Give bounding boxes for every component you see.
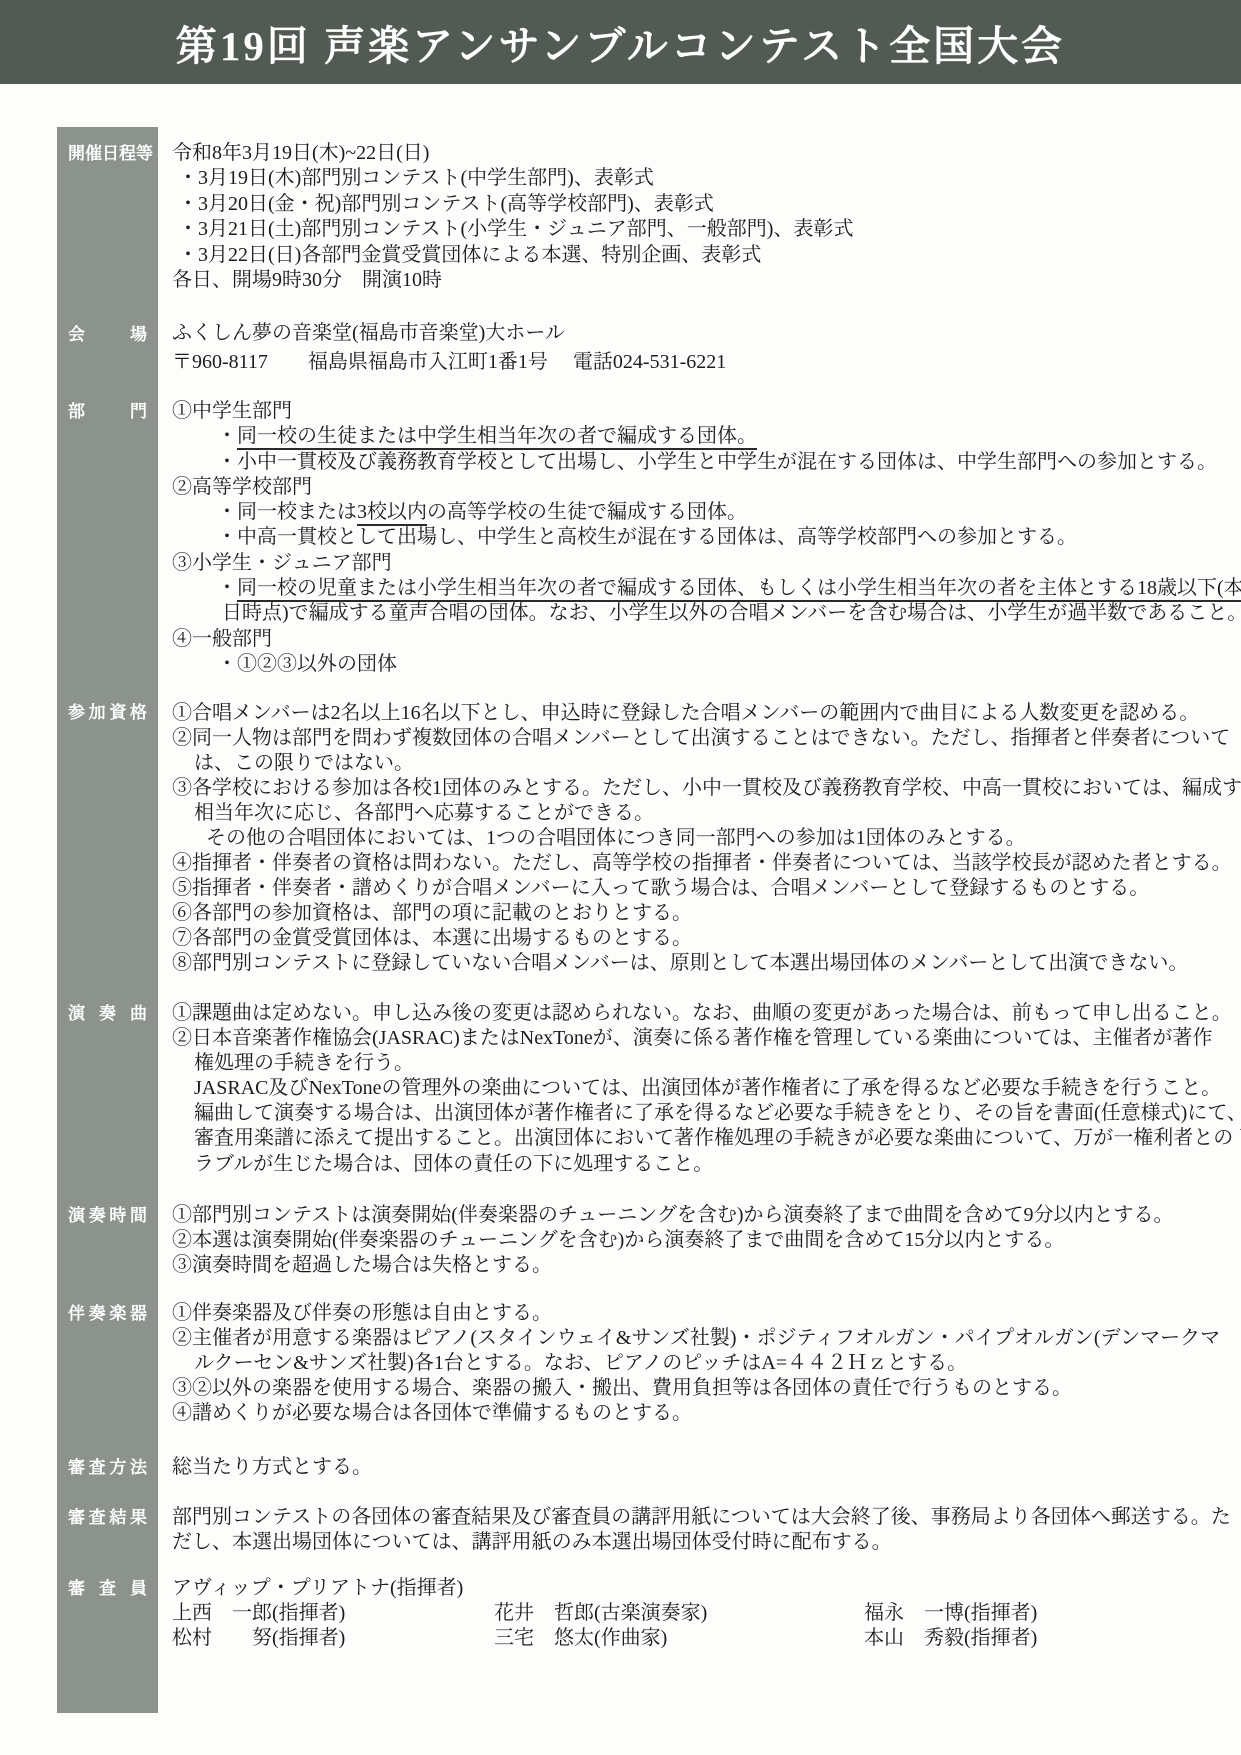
- text-line: ・同一校の児童または小学生相当年次の者で編成する団体、もしくは小学生相当年次の者…: [217, 576, 1241, 601]
- text-segment: ・同一校または: [217, 501, 357, 523]
- text-segment: ⑧部門別コンテストに登録していない合唱メンバーは、原則として本選出場団体のメンバ…: [172, 952, 1188, 974]
- text-line: その他の合唱団体においては、1つの合唱団体につき同一部門への参加は1団体のみとす…: [206, 826, 1241, 851]
- section-content-accompaniment: ①伴奏楽器及び伴奏の形態は自由とする。②主催者が用意する楽器はピアノ(スタインウ…: [172, 1301, 1220, 1426]
- text-line: ①合唱メンバーは2名以上16名以下とし、申込時に登録した合唱メンバーの範囲内で曲…: [172, 701, 1241, 726]
- text-line: 審査用楽譜に添えて提出すること。出演団体において著作権処理の手続きが必要な楽曲に…: [194, 1126, 1241, 1151]
- text-line: だし、本選出場団体については、講評用紙のみ本選出場団体受付時に配布する。: [172, 1530, 1231, 1555]
- judge-name: 上西 一郎(指揮者): [172, 1601, 494, 1626]
- text-line: ②日本音楽著作権協会(JASRAC)またはNexToneが、演奏に係る著作権を管…: [172, 1026, 1241, 1051]
- text-line: 権処理の手続きを行う。: [194, 1051, 1241, 1076]
- section-content-results: 部門別コンテストの各団体の審査結果及び審査員の講評用紙については大会終了後、事務…: [172, 1505, 1231, 1555]
- text-segment: ②高等学校部門: [172, 476, 312, 498]
- section-label-judges: 審査員: [57, 1576, 158, 1601]
- text-line: ・同一校の生徒または中学生相当年次の者で編成する団体。: [217, 424, 1241, 449]
- section-label-duration: 演奏時間: [57, 1203, 158, 1228]
- text-segment: ②本選は演奏開始(伴奏楽器のチューニングを含む)から演奏終了まで曲間を含めて15…: [172, 1229, 1064, 1251]
- text-line: ①部門別コンテストは演奏開始(伴奏楽器のチューニングを含む)から演奏終了まで曲間…: [172, 1203, 1174, 1228]
- text-line: 〒960-8117 福島県福島市入江町1番1号 電話024-531-6221: [172, 348, 726, 377]
- text-line: 令和8年3月19日(木)~22日(日): [172, 141, 853, 166]
- section-content-judging-method: 総当たり方式とする。: [172, 1455, 372, 1480]
- text-line: ラブルが生じた場合は、団体の責任の下に処理すること。: [194, 1152, 1241, 1177]
- text-line: 上西 一郎(指揮者)花井 哲郎(古楽演奏家)福永 一博(指揮者): [172, 1601, 1037, 1626]
- text-segment: ・3月20日(金・祝)部門別コンテスト(高等学校部門)、表彰式: [178, 193, 714, 215]
- text-segment: の高等学校の生徒で編成する団体。: [427, 501, 747, 523]
- text-line: ④指揮者・伴奏者の資格は問わない。ただし、高等学校の指揮者・伴奏者については、当…: [172, 851, 1241, 876]
- section-label-eligibility: 参加資格: [57, 700, 158, 725]
- text-segment: ①部門別コンテストは演奏開始(伴奏楽器のチューニングを含む)から演奏終了まで曲間…: [172, 1204, 1174, 1226]
- text-line: 各日、開場9時30分 開演10時: [172, 268, 853, 293]
- text-line: ③②以外の楽器を使用する場合、楽器の搬入・搬出、費用負担等は各団体の責任で行うも…: [172, 1376, 1220, 1401]
- section-label-venue: 会場: [57, 322, 158, 347]
- text-line: 部門別コンテストの各団体の審査結果及び審査員の講評用紙については大会終了後、事務…: [172, 1505, 1231, 1530]
- text-segment: ②日本音楽著作権協会(JASRAC)またはNexToneが、演奏に係る著作権を管…: [172, 1027, 1212, 1049]
- text-segment: その他の合唱団体においては、1つの合唱団体につき同一部門への参加は1団体のみとす…: [206, 827, 1026, 849]
- text-segment: ふくしん夢の音楽堂(福島市音楽堂)大ホール: [172, 322, 565, 344]
- text-line: ・同一校または3校以内の高等学校の生徒で編成する団体。: [217, 500, 1241, 525]
- text-segment: ③各学校における参加は各校1団体のみとする。ただし、小中一貫校及び義務教育学校、…: [172, 777, 1241, 799]
- text-segment: ・3月21日(土)部門別コンテスト(小学生・ジュニア部門、一般部門)、表彰式: [178, 218, 853, 240]
- section-content-divisions: ①中学生部門・同一校の生徒または中学生相当年次の者で編成する団体。・小中一貫校及…: [172, 399, 1241, 677]
- text-line: ③小学生・ジュニア部門: [172, 551, 1241, 576]
- text-segment: ⑤指揮者・伴奏者・譜めくりが合唱メンバーに入って歌う場合は、合唱メンバーとして登…: [172, 877, 1149, 899]
- text-segment: ⑦各部門の金賞受賞団体は、本選に出場するものとする。: [172, 927, 692, 949]
- text-segment: ・①②③以外の団体: [217, 653, 397, 675]
- text-line: ・3月21日(土)部門別コンテスト(小学生・ジュニア部門、一般部門)、表彰式: [178, 217, 853, 242]
- text-segment: 部門別コンテストの各団体の審査結果及び審査員の講評用紙については大会終了後、事務…: [172, 1506, 1231, 1528]
- text-segment: 権処理の手続きを行う。: [194, 1052, 414, 1074]
- judge-name: 本山 秀毅(指揮者): [864, 1626, 1037, 1651]
- text-line: ・3月19日(木)部門別コンテスト(中学生部門)、表彰式: [178, 166, 853, 191]
- text-line: 松村 努(指揮者)三宅 悠太(作曲家)本山 秀毅(指揮者): [172, 1626, 1037, 1651]
- text-segment: ・3月22日(日)各部門金賞受賞団体による本選、特別企画、表彰式: [178, 244, 761, 266]
- text-segment: ・: [217, 425, 237, 447]
- judge-name: 松村 努(指揮者): [172, 1626, 494, 1651]
- text-segment: は、この限りではない。: [194, 752, 414, 774]
- text-segment: アヴィップ・プリアトナ(指揮者): [172, 1577, 463, 1599]
- text-segment: 総当たり方式とする。: [172, 1456, 372, 1478]
- section-content-repertoire: ①課題曲は定めない。申し込み後の変更は認められない。なお、曲順の変更があった場合…: [172, 1001, 1241, 1177]
- judge-name: 福永 一博(指揮者): [864, 1601, 1037, 1626]
- document-page: { "page": { "title": "第19回 声楽アンサンブルコンテスト…: [0, 0, 1241, 1755]
- section-content-schedule: 令和8年3月19日(木)~22日(日)・3月19日(木)部門別コンテスト(中学生…: [172, 141, 853, 293]
- text-line: ④譜めくりが必要な場合は各団体で準備するものとする。: [172, 1401, 1220, 1426]
- section-content-judges: アヴィップ・プリアトナ(指揮者)上西 一郎(指揮者)花井 哲郎(古楽演奏家)福永…: [172, 1576, 1037, 1652]
- text-segment: だし、本選出場団体については、講評用紙のみ本選出場団体受付時に配布する。: [172, 1531, 892, 1553]
- text-line: ⑤指揮者・伴奏者・譜めくりが合唱メンバーに入って歌う場合は、合唱メンバーとして登…: [172, 876, 1241, 901]
- section-label-accompaniment: 伴奏楽器: [57, 1301, 158, 1326]
- text-line: ⑧部門別コンテストに登録していない合唱メンバーは、原則として本選出場団体のメンバ…: [172, 951, 1241, 976]
- section-label-judging-method: 審査方法: [57, 1455, 158, 1480]
- text-segment: ・3月19日(木)部門別コンテスト(中学生部門)、表彰式: [178, 167, 654, 189]
- text-line: ②主催者が用意する楽器はピアノ(スタインウェイ&サンズ社製)・ポジティフオルガン…: [172, 1326, 1220, 1351]
- judge-name: 三宅 悠太(作曲家): [494, 1626, 864, 1651]
- text-segment: ・小中一貫校及び義務教育学校として出場し、小学生と中学生が混在する団体は、中学生…: [217, 451, 1217, 473]
- text-segment: 審査用楽譜に添えて提出すること。出演団体において著作権処理の手続きが必要な楽曲に…: [194, 1127, 1241, 1149]
- underlined-text: 同一校の生徒または中学生相当年次の者で編成する団体。: [237, 425, 757, 450]
- text-segment: JASRAC及びNexToneの管理外の楽曲については、出演団体が著作権者に了承…: [194, 1077, 1221, 1099]
- text-line: ⑥各部門の参加資格は、部門の項に記載のとおりとする。: [172, 901, 1241, 926]
- text-line: ③演奏時間を超過した場合は失格とする。: [172, 1253, 1174, 1278]
- text-line: JASRAC及びNexToneの管理外の楽曲については、出演団体が著作権者に了承…: [194, 1076, 1241, 1101]
- text-segment: ④指揮者・伴奏者の資格は問わない。ただし、高等学校の指揮者・伴奏者については、当…: [172, 852, 1232, 874]
- text-line: は、この限りではない。: [194, 751, 1241, 776]
- judge-name: 花井 哲郎(古楽演奏家): [494, 1601, 864, 1626]
- text-segment: 各日、開場9時30分 開演10時: [172, 269, 442, 291]
- text-segment: ・: [217, 577, 237, 599]
- text-segment: ①中学生部門: [172, 400, 292, 422]
- text-line: 総当たり方式とする。: [172, 1455, 372, 1480]
- text-line: ・中高一貫校として出場し、中学生と高校生が混在する団体は、高等学校部門への参加と…: [217, 525, 1241, 550]
- section-content-eligibility: ①合唱メンバーは2名以上16名以下とし、申込時に登録した合唱メンバーの範囲内で曲…: [172, 701, 1241, 976]
- text-line: ・3月22日(日)各部門金賞受賞団体による本選、特別企画、表彰式: [178, 243, 853, 268]
- text-segment: ③②以外の楽器を使用する場合、楽器の搬入・搬出、費用負担等は各団体の責任で行うも…: [172, 1377, 1072, 1399]
- page-title: 第19回 声楽アンサンブルコンテスト全国大会: [176, 13, 1065, 72]
- text-line: 日時点)で編成する童声合唱の団体。なお、小学生以外の合唱メンバーを含む場合は、小…: [222, 601, 1241, 626]
- text-segment: ③演奏時間を超過した場合は失格とする。: [172, 1254, 552, 1276]
- text-line: ②同一人物は部門を問わず複数団体の合唱メンバーとして出演することはできない。ただ…: [172, 726, 1241, 751]
- text-segment: ルクーセン&サンズ社製)各1台とする。なお、ピアノのピッチはA=４４２Ｈｚとする…: [194, 1352, 967, 1374]
- text-segment: ②同一人物は部門を問わず複数団体の合唱メンバーとして出演することはできない。ただ…: [172, 727, 1230, 749]
- text-segment: 相当年次に応じ、各部門へ応募することができる。: [194, 802, 654, 824]
- text-line: ・①②③以外の団体: [217, 652, 1241, 677]
- text-segment: ラブルが生じた場合は、団体の責任の下に処理すること。: [194, 1153, 713, 1175]
- text-line: アヴィップ・プリアトナ(指揮者): [172, 1576, 1037, 1601]
- section-label-schedule: 開催日程等: [57, 141, 158, 166]
- title-banner: 第19回 声楽アンサンブルコンテスト全国大会: [0, 0, 1241, 84]
- text-segment: 〒960-8117 福島県福島市入江町1番1号 電話024-531-6221: [172, 351, 726, 373]
- text-line: ③各学校における参加は各校1団体のみとする。ただし、小中一貫校及び義務教育学校、…: [172, 776, 1241, 801]
- text-line: ①伴奏楽器及び伴奏の形態は自由とする。: [172, 1301, 1220, 1326]
- text-segment: ⑥各部門の参加資格は、部門の項に記載のとおりとする。: [172, 902, 692, 924]
- text-line: ・3月20日(金・祝)部門別コンテスト(高等学校部門)、表彰式: [178, 192, 853, 217]
- text-line: ①課題曲は定めない。申し込み後の変更は認められない。なお、曲順の変更があった場合…: [172, 1001, 1241, 1026]
- text-segment: ①課題曲は定めない。申し込み後の変更は認められない。なお、曲順の変更があった場合…: [172, 1002, 1232, 1024]
- text-line: 相当年次に応じ、各部門へ応募することができる。: [194, 801, 1241, 826]
- section-label-repertoire: 演奏曲: [57, 1001, 158, 1026]
- text-line: ルクーセン&サンズ社製)各1台とする。なお、ピアノのピッチはA=４４２Ｈｚとする…: [194, 1351, 1220, 1376]
- text-segment: ④一般部門: [172, 628, 272, 650]
- text-line: ②高等学校部門: [172, 475, 1241, 500]
- text-segment: ・中高一貫校として出場し、中学生と高校生が混在する団体は、高等学校部門への参加と…: [217, 526, 1077, 548]
- text-segment: 編曲して演奏する場合は、出演団体が著作権者に了承を得るなど必要な手続きをとり、そ…: [194, 1102, 1241, 1124]
- text-segment: ①合唱メンバーは2名以上16名以下とし、申込時に登録した合唱メンバーの範囲内で曲…: [172, 702, 1199, 724]
- text-line: ⑦各部門の金賞受賞団体は、本選に出場するものとする。: [172, 926, 1241, 951]
- section-content-venue: ふくしん夢の音楽堂(福島市音楽堂)大ホール〒960-8117 福島県福島市入江町…: [172, 319, 726, 377]
- text-line: 編曲して演奏する場合は、出演団体が著作権者に了承を得るなど必要な手続きをとり、そ…: [194, 1101, 1241, 1126]
- text-line: ②本選は演奏開始(伴奏楽器のチューニングを含む)から演奏終了まで曲間を含めて15…: [172, 1228, 1174, 1253]
- text-segment: ③小学生・ジュニア部門: [172, 552, 392, 574]
- underlined-text: 3校以内: [357, 501, 427, 526]
- section-content-duration: ①部門別コンテストは演奏開始(伴奏楽器のチューニングを含む)から演奏終了まで曲間…: [172, 1203, 1174, 1278]
- text-line: ・小中一貫校及び義務教育学校として出場し、小学生と中学生が混在する団体は、中学生…: [217, 450, 1241, 475]
- text-segment: 令和8年3月19日(木)~22日(日): [172, 142, 429, 164]
- text-segment: ④譜めくりが必要な場合は各団体で準備するものとする。: [172, 1402, 692, 1424]
- section-label-divisions: 部門: [57, 399, 158, 424]
- text-line: ④一般部門: [172, 627, 1241, 652]
- section-label-results: 審査結果: [57, 1505, 158, 1530]
- underlined-text: 同一校の児童または小学生相当年次の者で編成する団体、もしくは小学生相当年次の者を…: [237, 577, 1241, 602]
- text-segment: ①伴奏楽器及び伴奏の形態は自由とする。: [172, 1302, 552, 1324]
- text-segment: 日時点)で編成する童声合唱の団体。なお、小学生以外の合唱メンバーを含む場合は、小…: [222, 602, 1241, 624]
- text-line: ふくしん夢の音楽堂(福島市音楽堂)大ホール: [172, 319, 726, 348]
- text-segment: ②主催者が用意する楽器はピアノ(スタインウェイ&サンズ社製)・ポジティフオルガン…: [172, 1327, 1220, 1349]
- text-line: ①中学生部門: [172, 399, 1241, 424]
